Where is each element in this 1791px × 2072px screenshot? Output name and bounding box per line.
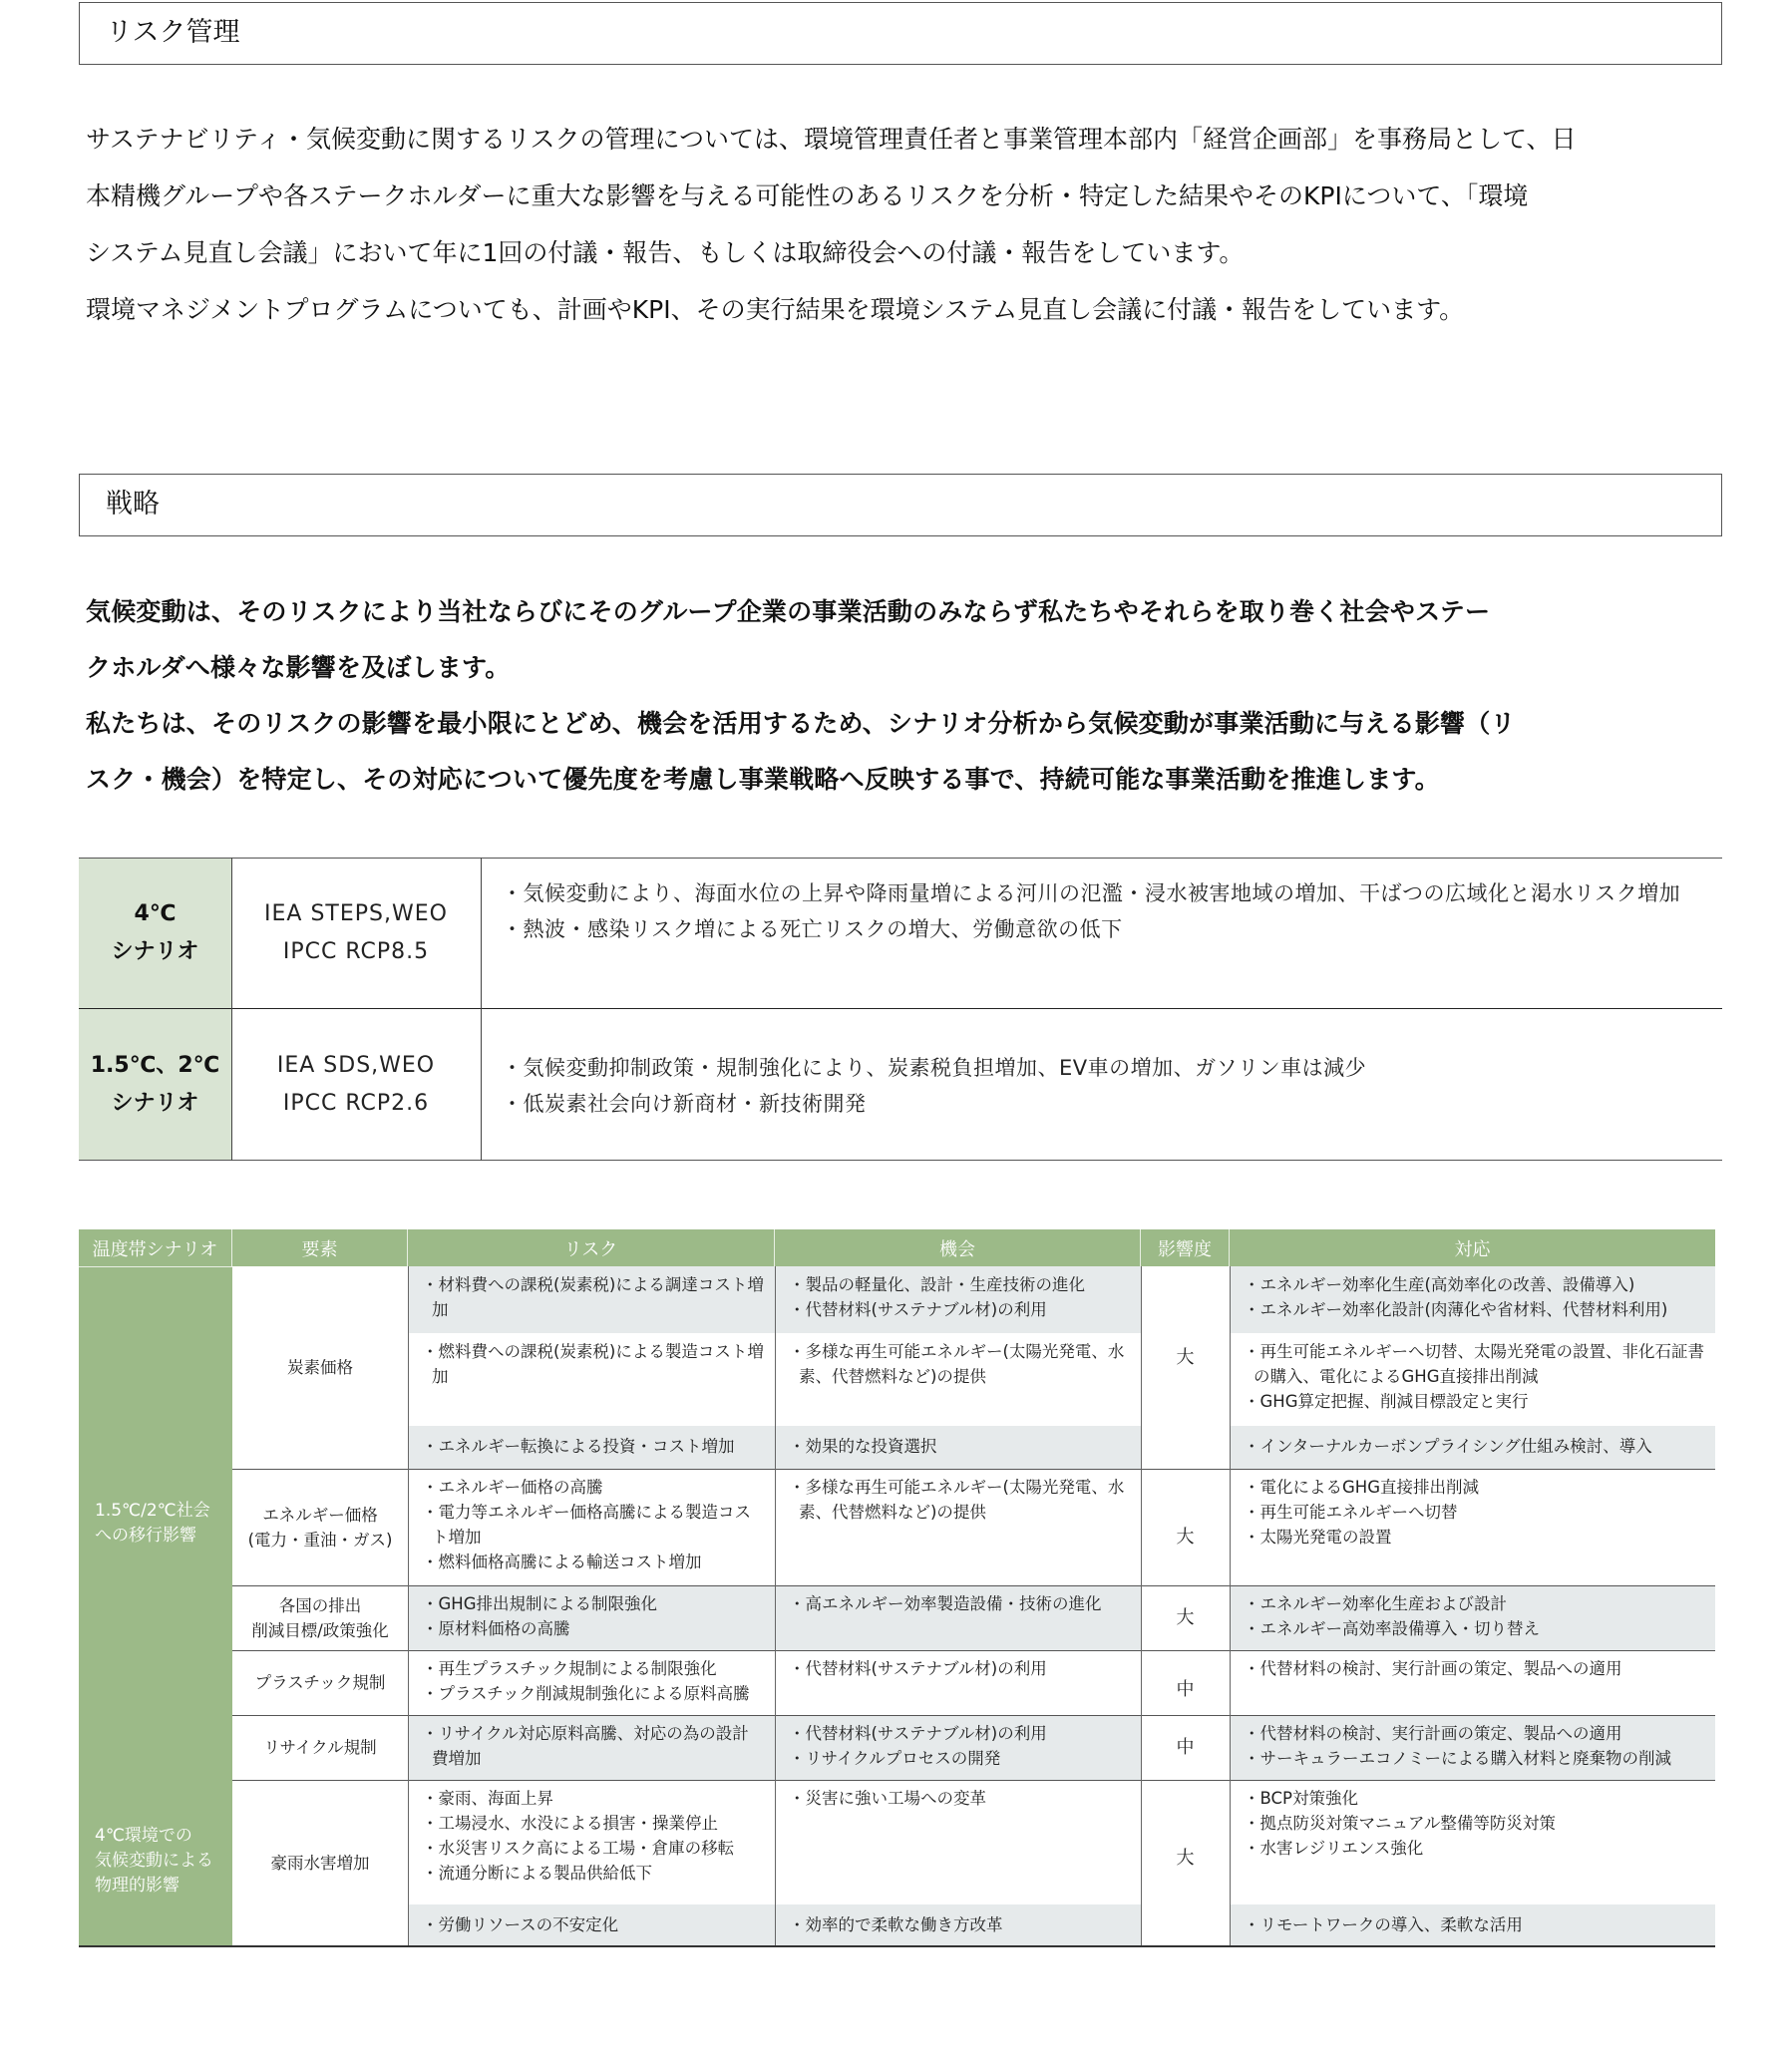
paragraph-line: 本精機グループや各ステークホルダーに重大な影響を与える可能性のあるリスクを分析・… xyxy=(86,176,1721,233)
risk-item: ・原材料価格の高騰 xyxy=(422,1616,765,1641)
scenario-group-transition: 1.5℃/2℃社会 への移行影響 xyxy=(79,1266,232,1781)
risk-cell: ・豪雨、海面上昇 ・工場浸水、水没による損害・操業停止 ・水災害リスク高による工… xyxy=(408,1780,775,1904)
response-item: ・エネルギー高効率設備導入・切り替え xyxy=(1244,1616,1705,1641)
response-item: ・リモートワークの導入、柔軟な活用 xyxy=(1244,1912,1705,1937)
scenario-description-1-5c-2c: ・気候変動抑制政策・規制強化により、炭素税負担増加、EV車の増加、ガソリン車は減… xyxy=(502,1050,1718,1122)
risk-cell: ・リサイクル対応原料高騰、対応の為の設計費増加 xyxy=(408,1715,775,1780)
section-header-risk-management: リスク管理 xyxy=(79,2,1722,65)
opportunity-cell: ・効果的な投資選択 xyxy=(775,1426,1141,1469)
risk-item: ・GHG排出規制による制限強化 xyxy=(422,1591,765,1616)
risk-management-paragraph: サステナビリティ・気候変動に関するリスクの管理については、環境管理責任者と事業管… xyxy=(86,120,1721,347)
response-cell: ・エネルギー効率化生産(高効率化の改善、設備導入) ・エネルギー効率化設計(肉薄… xyxy=(1230,1266,1715,1333)
risk-item: ・水災害リスク高による工場・倉庫の移転 xyxy=(422,1836,765,1861)
table-border xyxy=(1230,1266,1231,1945)
paragraph-line: 私たちは、そのリスクの影響を最小限にとどめ、機会を活用するため、シナリオ分析から… xyxy=(86,704,1721,760)
header-scenario: 温度帯シナリオ xyxy=(79,1229,232,1266)
response-cell: ・エネルギー効率化生産および設計 ・エネルギー高効率設備導入・切り替え xyxy=(1230,1585,1715,1650)
scenario-group-label: 1.5℃/2℃社会 への移行影響 xyxy=(95,1499,210,1549)
impact-level-cell: 大 xyxy=(1141,1266,1230,1469)
scenario-description-4c: ・気候変動により、海面水位の上昇や降雨量増による河川の氾濫・浸水被害地域の増加、… xyxy=(502,875,1718,947)
response-cell: ・代替材料の検討、実行計画の策定、製品への適用 xyxy=(1230,1650,1715,1715)
element-name-line: エネルギー価格 xyxy=(262,1503,378,1528)
risk-cell: ・労働リソースの不安定化 xyxy=(408,1904,775,1945)
opportunity-cell: ・代替材料(サステナブル材)の利用 ・リサイクルプロセスの開発 xyxy=(775,1715,1141,1780)
table-border xyxy=(481,858,482,1161)
element-recycle-regulation: リサイクル規制 xyxy=(232,1715,408,1780)
element-heavy-rain: 豪雨水害増加 xyxy=(232,1780,408,1945)
risk-item: ・燃料費への課税(炭素税)による製造コスト増加 xyxy=(422,1339,765,1389)
scenario-label-line: 1.5℃、2℃ xyxy=(91,1047,220,1085)
paragraph-line: クホルダへ様々な影響を及ぼします。 xyxy=(86,648,1721,704)
element-name: プラスチック規制 xyxy=(255,1670,386,1695)
opportunity-item: ・効率的で柔軟な働き方改革 xyxy=(789,1912,1131,1937)
element-name-line: (電力・重油・ガス) xyxy=(248,1528,393,1553)
scenario-group-line: 物理的影響 xyxy=(95,1874,213,1899)
response-cell: ・代替材料の検討、実行計画の策定、製品への適用 ・サーキュラーエコノミーによる購… xyxy=(1230,1715,1715,1780)
element-emission-targets: 各国の排出 削減目標/政策強化 xyxy=(232,1585,408,1650)
table-border xyxy=(232,1585,1715,1586)
risk-cell: ・エネルギー転換による投資・コスト増加 xyxy=(408,1426,775,1469)
opportunity-cell: ・高エネルギー効率製造設備・技術の進化 xyxy=(775,1585,1141,1650)
strategy-paragraph: 気候変動は、そのリスクにより当社ならびにそのグループ企業の事業活動のみならず私た… xyxy=(86,592,1721,816)
table-border xyxy=(232,1650,1715,1651)
section-title: リスク管理 xyxy=(106,15,239,51)
risk-item: ・再生プラスチック規制による制限強化 xyxy=(422,1656,765,1681)
impact-table: 温度帯シナリオ 要素 リスク 機会 影響度 対応 1.5℃/2℃社会 への移行影… xyxy=(79,1229,1715,1946)
scenario-group-line: 4℃環境での xyxy=(95,1824,213,1849)
opportunity-item: ・効果的な投資選択 xyxy=(789,1434,1131,1459)
response-item: ・水害レジリエンス強化 xyxy=(1244,1836,1705,1861)
response-item: ・GHG算定把握、削減目標設定と実行 xyxy=(1244,1389,1705,1414)
scenario-label-line: シナリオ xyxy=(112,1085,199,1123)
header-risk: リスク xyxy=(408,1229,775,1266)
impact-level-cell: 中 xyxy=(1141,1650,1230,1715)
paragraph-line: システム見直し会議」において年に1回の付議・報告、もしくは取締役会への付議・報告… xyxy=(86,233,1721,290)
response-item: ・電化によるGHG直接排出削減 xyxy=(1244,1475,1705,1500)
risk-item: ・エネルギー転換による投資・コスト増加 xyxy=(422,1434,765,1459)
opportunity-item: ・災害に強い工場への変革 xyxy=(789,1786,1131,1811)
risk-item: ・工場浸水、水没による損害・操業停止 xyxy=(422,1811,765,1836)
opportunity-item: ・製品の軽量化、設計・生産技術の進化 xyxy=(789,1272,1131,1297)
response-item: ・拠点防災対策マニュアル整備等防災対策 xyxy=(1244,1811,1705,1836)
element-name: 炭素価格 xyxy=(287,1355,353,1380)
risk-cell: ・再生プラスチック規制による制限強化 ・プラスチック削減規制強化による原料高騰 xyxy=(408,1650,775,1715)
header-opportunity: 機会 xyxy=(775,1229,1141,1266)
response-cell: ・インターナルカーボンプライシング仕組み検討、導入 xyxy=(1230,1426,1715,1469)
response-item: ・エネルギー効率化生産(高効率化の改善、設備導入) xyxy=(1244,1272,1705,1297)
scenario-source-line: IEA STEPS,WEO xyxy=(264,895,448,933)
risk-item: ・エネルギー価格の高騰 xyxy=(422,1475,765,1500)
response-cell: ・電化によるGHG直接排出削減 ・再生可能エネルギーへ切替 ・太陽光発電の設置 xyxy=(1230,1469,1715,1585)
response-item: ・太陽光発電の設置 xyxy=(1244,1525,1705,1550)
impact-level-cell: 大 xyxy=(1141,1469,1230,1585)
table-border xyxy=(775,1266,776,1945)
paragraph-line: サステナビリティ・気候変動に関するリスクの管理については、環境管理責任者と事業管… xyxy=(86,120,1721,176)
element-name: リサイクル規制 xyxy=(263,1735,376,1760)
response-cell: ・BCP対策強化 ・拠点防災対策マニュアル整備等防災対策 ・水害レジリエンス強化 xyxy=(1230,1780,1715,1904)
response-item: ・サーキュラーエコノミーによる購入材料と廃棄物の削減 xyxy=(1244,1746,1705,1771)
paragraph-line: 気候変動は、そのリスクにより当社ならびにそのグループ企業の事業活動のみならず私た… xyxy=(86,592,1721,648)
opportunity-cell: ・代替材料(サステナブル材)の利用 xyxy=(775,1650,1141,1715)
risk-item: ・材料費への課税(炭素税)による調達コスト増加 xyxy=(422,1272,765,1322)
risk-cell: ・GHG排出規制による制限強化 ・原材料価格の高騰 xyxy=(408,1585,775,1650)
impact-level-cell: 大 xyxy=(1141,1780,1230,1945)
response-item: ・エネルギー効率化生産および設計 xyxy=(1244,1591,1705,1616)
risk-cell: ・エネルギー価格の高騰 ・電力等エネルギー価格高騰による製造コスト増加 ・燃料価… xyxy=(408,1469,775,1585)
response-cell: ・再生可能エネルギーへ切替、太陽光発電の設置、非化石証書の購入、電化によるGHG… xyxy=(1230,1333,1715,1426)
scenario-source-line: IEA SDS,WEO xyxy=(277,1047,435,1085)
opportunity-item: ・リサイクルプロセスの開発 xyxy=(789,1746,1131,1771)
scenario-description-item: ・熱波・感染リスク増による死亡リスクの増大、労働意欲の低下 xyxy=(502,911,1718,947)
paragraph-line: 環境マネジメントプログラムについても、計画やKPI、その実行結果を環境システム見… xyxy=(86,290,1721,347)
response-item: ・代替材料の検討、実行計画の策定、製品への適用 xyxy=(1244,1656,1705,1681)
table-border xyxy=(79,1945,1715,1947)
table-border xyxy=(408,1266,409,1945)
opportunity-cell: ・多様な再生可能エネルギー(太陽光発電、水素、代替燃料など)の提供 xyxy=(775,1469,1141,1585)
opportunity-cell: ・災害に強い工場への変革 xyxy=(775,1780,1141,1904)
element-plastic-regulation: プラスチック規制 xyxy=(232,1650,408,1715)
scenario-label-1-5c-2c: 1.5℃、2℃ シナリオ xyxy=(79,1009,231,1161)
table-border xyxy=(232,1469,1715,1470)
table-border xyxy=(232,1715,1715,1716)
risk-item: ・豪雨、海面上昇 xyxy=(422,1786,765,1811)
risk-item: ・燃料価格高騰による輸送コスト増加 xyxy=(422,1550,765,1574)
section-title: 戦略 xyxy=(106,487,160,522)
element-name: 豪雨水害増加 xyxy=(271,1851,370,1876)
risk-item: ・プラスチック削減規制強化による原料高騰 xyxy=(422,1681,765,1706)
opportunity-item: ・多様な再生可能エネルギー(太陽光発電、水素、代替燃料など)の提供 xyxy=(789,1475,1131,1525)
opportunity-item: ・代替材料(サステナブル材)の利用 xyxy=(789,1656,1131,1681)
scenario-description-item: ・気候変動により、海面水位の上昇や降雨量増による河川の氾濫・浸水被害地域の増加、… xyxy=(502,875,1718,911)
risk-item: ・流通分断による製品供給低下 xyxy=(422,1861,765,1886)
risk-item: ・リサイクル対応原料高騰、対応の為の設計費増加 xyxy=(422,1721,765,1771)
scenario-label-line: シナリオ xyxy=(112,933,199,971)
response-item: ・再生可能エネルギーへ切替 xyxy=(1244,1500,1705,1525)
opportunity-cell: ・効率的で柔軟な働き方改革 xyxy=(775,1904,1141,1945)
section-header-strategy: 戦略 xyxy=(79,474,1722,536)
scenario-source-line: IPCC RCP8.5 xyxy=(283,933,429,971)
response-item: ・代替材料の検討、実行計画の策定、製品への適用 xyxy=(1244,1721,1705,1746)
scenario-description-item: ・低炭素社会向け新商材・新技術開発 xyxy=(502,1086,1718,1122)
risk-item: ・労働リソースの不安定化 xyxy=(422,1912,765,1937)
risk-cell: ・材料費への課税(炭素税)による調達コスト増加 xyxy=(408,1266,775,1333)
scenario-table: 4℃ シナリオ IEA STEPS,WEO IPCC RCP8.5 ・気候変動に… xyxy=(79,858,1722,1161)
scenario-label-line: 4℃ xyxy=(135,895,177,933)
scenario-group-line: への移行影響 xyxy=(95,1524,210,1549)
header-response: 対応 xyxy=(1230,1229,1715,1266)
response-cell: ・リモートワークの導入、柔軟な活用 xyxy=(1230,1904,1715,1945)
risk-cell: ・燃料費への課税(炭素税)による製造コスト増加 xyxy=(408,1333,775,1426)
scenario-source-line: IPCC RCP2.6 xyxy=(283,1085,429,1123)
scenario-label-4c: 4℃ シナリオ xyxy=(79,858,231,1009)
element-name-line: 削減目標/政策強化 xyxy=(251,1618,389,1643)
opportunity-item: ・多様な再生可能エネルギー(太陽光発電、水素、代替燃料など)の提供 xyxy=(789,1339,1131,1389)
header-element: 要素 xyxy=(232,1229,408,1266)
response-item: ・エネルギー効率化設計(肉薄化や省材料、代替材料利用) xyxy=(1244,1297,1705,1322)
scenario-source-4c: IEA STEPS,WEO IPCC RCP8.5 xyxy=(231,858,481,1009)
scenario-group-line: 1.5℃/2℃社会 xyxy=(95,1499,210,1524)
element-energy-price: エネルギー価格 (電力・重油・ガス) xyxy=(232,1469,408,1585)
scenario-group-line: 気候変動による xyxy=(95,1849,213,1874)
opportunity-cell: ・多様な再生可能エネルギー(太陽光発電、水素、代替燃料など)の提供 xyxy=(775,1333,1141,1426)
scenario-source-1-5c-2c: IEA SDS,WEO IPCC RCP2.6 xyxy=(231,1009,481,1161)
response-item: ・インターナルカーボンプライシング仕組み検討、導入 xyxy=(1244,1434,1705,1459)
scenario-group-physical: 4℃環境での 気候変動による 物理的影響 xyxy=(79,1780,232,1945)
header-impact: 影響度 xyxy=(1141,1229,1230,1266)
table-border xyxy=(232,1780,1715,1781)
opportunity-item: ・代替材料(サステナブル材)の利用 xyxy=(789,1297,1131,1322)
impact-level-cell: 大 xyxy=(1141,1585,1230,1650)
paragraph-line: スク・機会）を特定し、その対応について優先度を考慮し事業戦略へ反映する事で、持続… xyxy=(86,760,1721,816)
scenario-description-item: ・気候変動抑制政策・規制強化により、炭素税負担増加、EV車の増加、ガソリン車は減… xyxy=(502,1050,1718,1086)
element-carbon-price: 炭素価格 xyxy=(232,1266,408,1469)
scenario-group-label: 4℃環境での 気候変動による 物理的影響 xyxy=(95,1824,213,1899)
opportunity-item: ・代替材料(サステナブル材)の利用 xyxy=(789,1721,1131,1746)
response-item: ・BCP対策強化 xyxy=(1244,1786,1705,1811)
opportunity-item: ・高エネルギー効率製造設備・技術の進化 xyxy=(789,1591,1131,1616)
table-border xyxy=(1141,1266,1142,1945)
risk-item: ・電力等エネルギー価格高騰による製造コスト増加 xyxy=(422,1500,765,1550)
impact-level-cell: 中 xyxy=(1141,1715,1230,1780)
element-name-line: 各国の排出 xyxy=(279,1593,362,1618)
opportunity-cell: ・製品の軽量化、設計・生産技術の進化 ・代替材料(サステナブル材)の利用 xyxy=(775,1266,1141,1333)
response-item: ・再生可能エネルギーへ切替、太陽光発電の設置、非化石証書の購入、電化によるGHG… xyxy=(1244,1339,1705,1389)
